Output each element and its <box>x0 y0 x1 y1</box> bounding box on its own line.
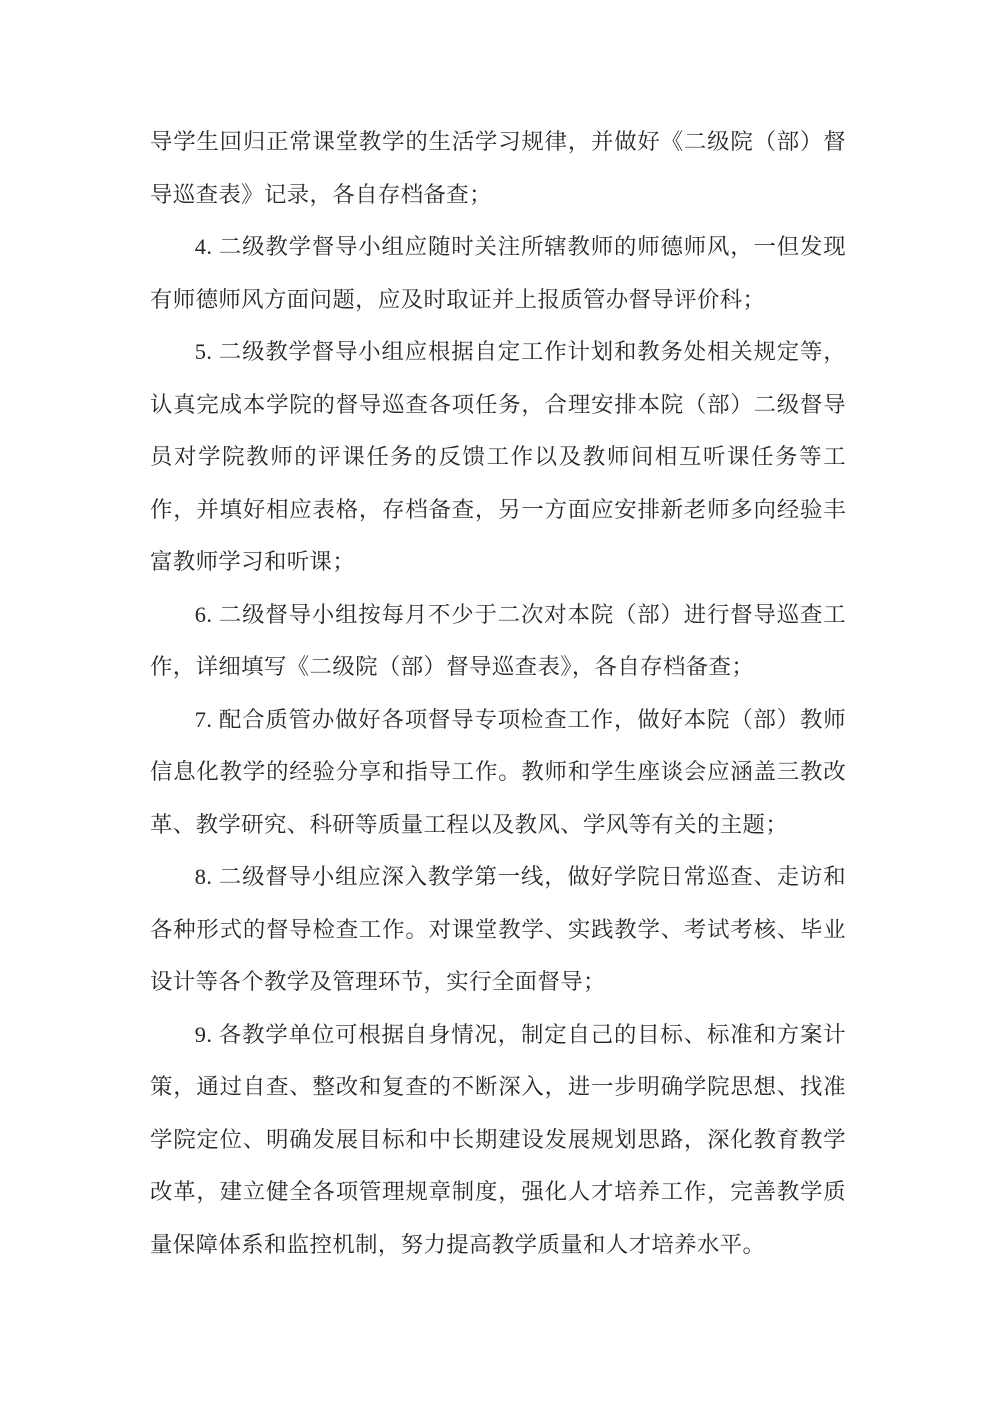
paragraph-item-9: 9. 各教学单位可根据自身情况，制定自己的目标、标准和方案计策，通过自查、整改和… <box>150 1009 846 1272</box>
paragraph-continuation: 导学生回归正常课堂教学的生活学习规律，并做好《二级院（部）督导巡查表》记录，各自… <box>150 116 846 221</box>
paragraph-item-5: 5. 二级教学督导小组应根据自定工作计划和教务处相关规定等，认真完成本学院的督导… <box>150 326 846 589</box>
document-body: 导学生回归正常课堂教学的生活学习规律，并做好《二级院（部）督导巡查表》记录，各自… <box>150 116 846 1271</box>
paragraph-item-4: 4. 二级教学督导小组应随时关注所辖教师的师德师风，一但发现有师德师风方面问题，… <box>150 221 846 326</box>
document-page: 导学生回归正常课堂教学的生活学习规律，并做好《二级院（部）督导巡查表》记录，各自… <box>0 0 992 1403</box>
paragraph-item-7: 7. 配合质管办做好各项督导专项检查工作，做好本院（部）教师信息化教学的经验分享… <box>150 694 846 852</box>
paragraph-item-6: 6. 二级督导小组按每月不少于二次对本院（部）进行督导巡查工作，详细填写《二级院… <box>150 589 846 694</box>
paragraph-item-8: 8. 二级督导小组应深入教学第一线，做好学院日常巡查、走访和各种形式的督导检查工… <box>150 851 846 1009</box>
